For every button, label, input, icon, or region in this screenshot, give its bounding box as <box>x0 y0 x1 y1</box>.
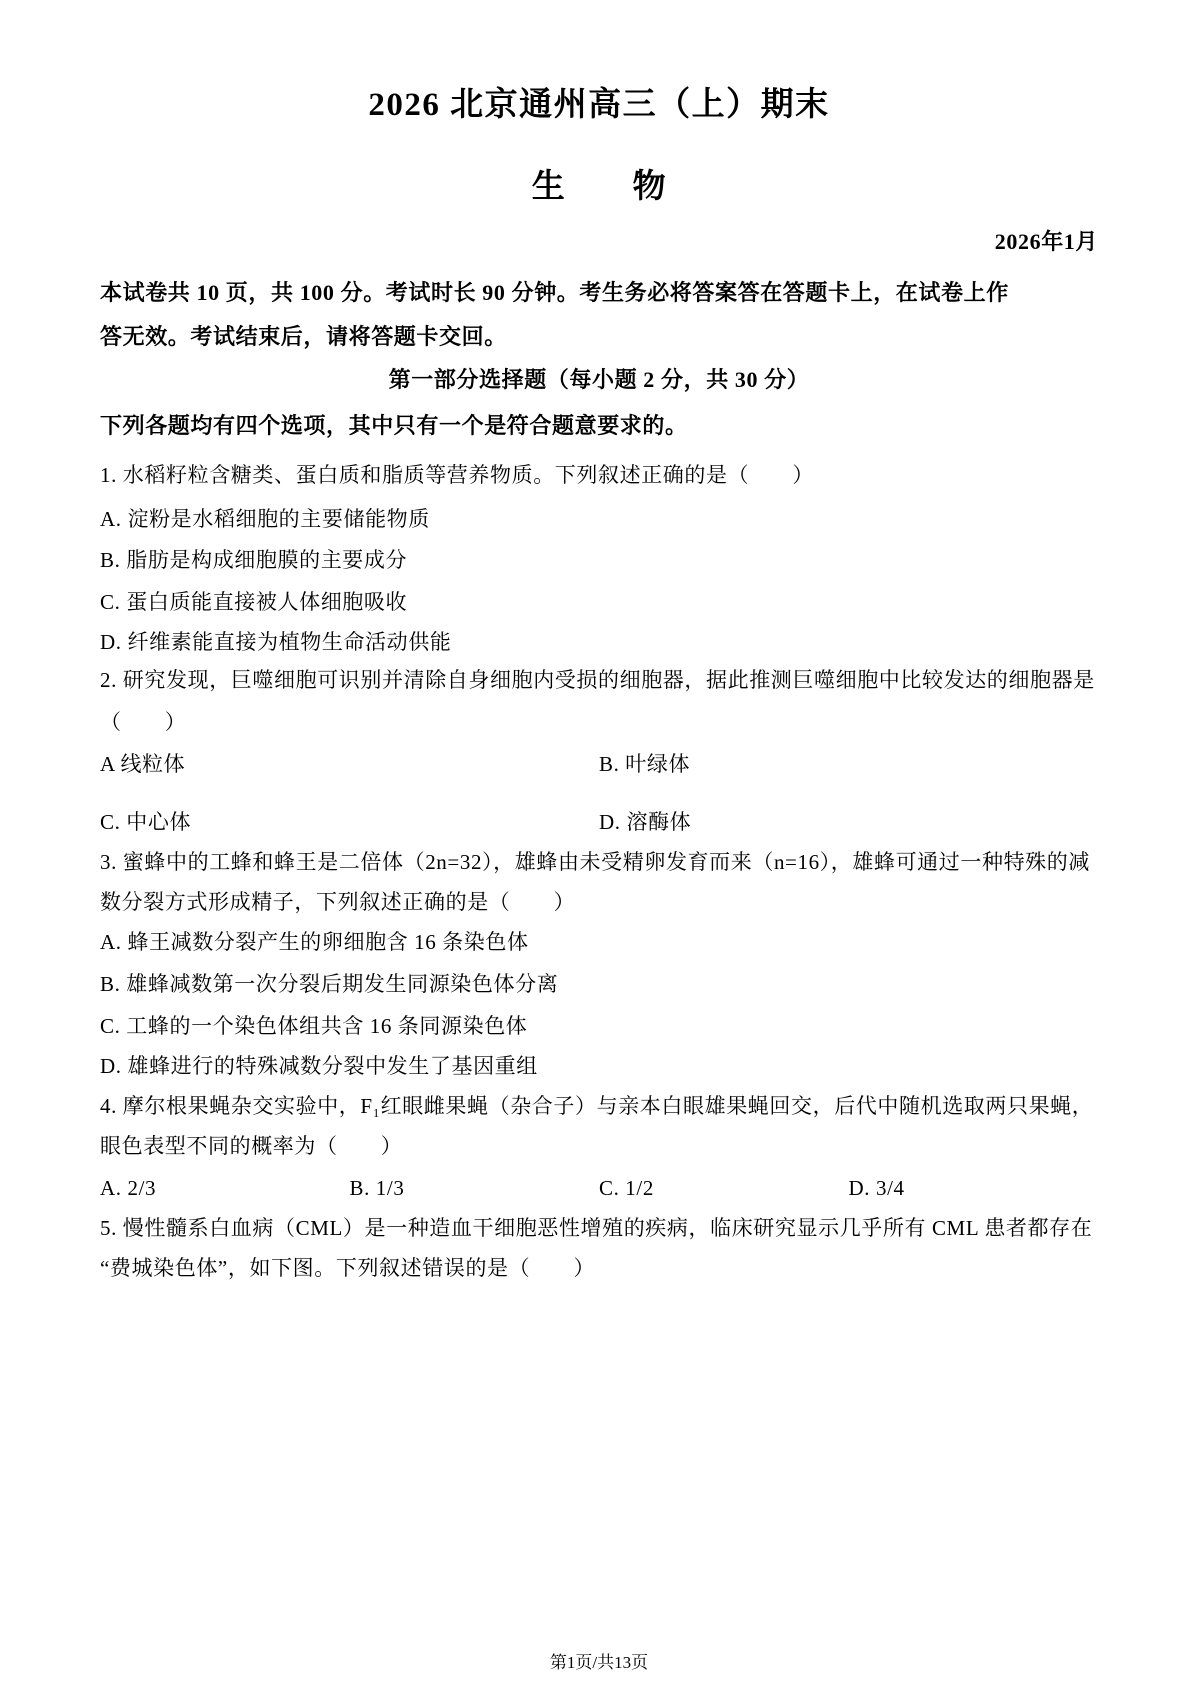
question-2-option-d: D. 溶酶体 <box>599 807 691 837</box>
part1-intro: 下列各题均有四个选项，其中只有一个是符合题意要求的。 <box>100 411 1098 441</box>
question-4-option-b: B. 1/3 <box>350 1173 405 1203</box>
question-4-stem-line-1: 4. 摩尔根果蝇杂交实验中，F₁红眼雌果蝇（杂合子）与亲本白眼雄果蝇回交，后代中… <box>100 1091 1098 1121</box>
question-3-stem-line-1: 3. 蜜蜂中的工蜂和蜂王是二倍体（2n=32），雄蜂由未受精卵发育而来（n=16… <box>100 847 1098 877</box>
question-3-option-b: B. 雄蜂减数第一次分裂后期发生同源染色体分离 <box>100 969 1098 999</box>
exam-paper-page: 2026 北京通州高三（上）期末 生 物 2026年1月 本试卷共 10 页，共… <box>0 0 1191 1684</box>
notice-line-2: 答无效。考试结束后，请将答题卡交回。 <box>100 322 1098 352</box>
question-5-stem-line-2: “费城染色体”，如下图。下列叙述错误的是（ ） <box>100 1253 1098 1283</box>
question-3-option-d: D. 雄蜂进行的特殊减数分裂中发生了基因重组 <box>100 1051 1098 1081</box>
question-4-option-c: C. 1/2 <box>599 1173 654 1203</box>
question-1-option-d: D. 纤维素能直接为植物生命活动供能 <box>100 627 1098 657</box>
question-2-stem-line-1: 2. 研究发现，巨噬细胞可识别并清除自身细胞内受损的细胞器，据此推测巨噬细胞中比… <box>100 665 1098 695</box>
notice-line-1: 本试卷共 10 页，共 100 分。考试时长 90 分钟。考生务必将答案答在答题… <box>100 278 1098 308</box>
question-3-option-c: C. 工蜂的一个染色体组共含 16 条同源染色体 <box>100 1011 1098 1041</box>
question-4-option-a: A. 2/3 <box>100 1173 156 1203</box>
exam-date: 2026年1月 <box>100 227 1098 257</box>
question-2-option-b: B. 叶绿体 <box>599 749 690 779</box>
part1-heading: 第一部分选择题（每小题 2 分，共 30 分） <box>100 365 1098 395</box>
subject-title: 生 物 <box>100 172 1098 202</box>
question-5-stem-line-1: 5. 慢性髓系白血病（CML）是一种造血干细胞恶性增殖的疾病，临床研究显示几乎所… <box>100 1213 1098 1243</box>
question-2-stem-line-2: （ ） <box>100 707 1098 737</box>
question-3-stem-line-2: 数分裂方式形成精子，下列叙述正确的是（ ） <box>100 887 1098 917</box>
question-1-option-c: C. 蛋白质能直接被人体细胞吸收 <box>100 587 1098 617</box>
question-1-option-b: B. 脂肪是构成细胞膜的主要成分 <box>100 545 1098 575</box>
question-4-option-d: D. 3/4 <box>849 1173 905 1203</box>
question-2-option-c: C. 中心体 <box>100 807 191 837</box>
question-2-option-a: A 线粒体 <box>100 749 185 779</box>
question-3-option-a: A. 蜂王减数分裂产生的卵细胞含 16 条染色体 <box>100 927 1098 957</box>
exam-title: 2026 北京通州高三（上）期末 <box>100 90 1098 120</box>
question-1-stem: 1. 水稻籽粒含糖类、蛋白质和脂质等营养物质。下列叙述正确的是（ ） <box>100 460 1098 490</box>
question-4-stem-line-2: 眼色表型不同的概率为（ ） <box>100 1131 1098 1161</box>
page-number-indicator: 第1页/共13页 <box>100 1648 1098 1678</box>
question-1-option-a: A. 淀粉是水稻细胞的主要储能物质 <box>100 504 1098 534</box>
